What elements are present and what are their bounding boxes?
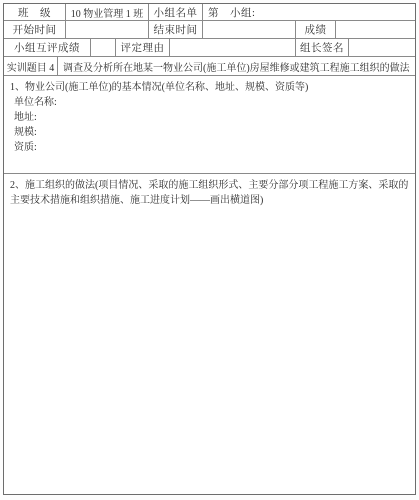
- group-list-label: 小组名单: [149, 4, 203, 20]
- peer-score-blank: [91, 39, 116, 56]
- reason-blank: [170, 39, 296, 56]
- topic-label: 实训题目 4: [4, 57, 58, 75]
- section-construction-practice-cell: 2、施工组织的做法(项目情况、采取的施工组织形式、主要分部分项工程施工方案、采取…: [4, 174, 415, 494]
- leader-sign-blank: [349, 39, 415, 56]
- peer-score-label: 小组互评成绩: [4, 39, 91, 56]
- table-row-evaluation: 小组互评成绩 评定理由 组长签名: [4, 39, 415, 57]
- start-time-blank: [66, 21, 149, 38]
- field-qualification: 资质:: [10, 140, 409, 155]
- training-form-table: 班 级 10 物业管理 1 班 小组名单 第 小组: 开始时间 结束时间 成绩 …: [3, 3, 416, 495]
- end-time-blank: [203, 21, 296, 38]
- section-company-info: 1、物业公司(施工单位)的基本情况(单位名称、地址、规模、资质等) 单位名称: …: [4, 76, 415, 174]
- group-number-value: 第 小组:: [203, 4, 415, 20]
- leader-sign-label: 组长签名: [296, 39, 349, 56]
- field-scale: 规模:: [10, 125, 409, 140]
- reason-label: 评定理由: [116, 39, 170, 56]
- section2-title: 2、施工组织的做法(项目情况、采取的施工组织形式、主要分部分项工程施工方案、采取…: [10, 178, 409, 208]
- topic-description: 调查及分析所在地某一物业公司(施工单位)房屋维修或建筑工程施工组织的做法: [58, 57, 415, 75]
- class-value: 10 物业管理 1 班: [66, 4, 149, 20]
- form-page: 班 级 10 物业管理 1 班 小组名单 第 小组: 开始时间 结束时间 成绩 …: [0, 0, 419, 500]
- score-blank: [336, 21, 415, 38]
- section-construction-practice: 2、施工组织的做法(项目情况、采取的施工组织形式、主要分部分项工程施工方案、采取…: [4, 174, 415, 494]
- table-row-time: 开始时间 结束时间 成绩: [4, 21, 415, 39]
- end-time-label: 结束时间: [149, 21, 203, 38]
- field-company-name: 单位名称:: [10, 95, 409, 110]
- field-address: 地址:: [10, 110, 409, 125]
- class-label: 班 级: [4, 4, 66, 20]
- section1-title: 1、物业公司(施工单位)的基本情况(单位名称、地址、规模、资质等): [10, 80, 409, 95]
- score-label: 成绩: [296, 21, 336, 38]
- table-row-class: 班 级 10 物业管理 1 班 小组名单 第 小组:: [4, 4, 415, 21]
- start-time-label: 开始时间: [4, 21, 66, 38]
- table-row-topic: 实训题目 4 调查及分析所在地某一物业公司(施工单位)房屋维修或建筑工程施工组织…: [4, 57, 415, 76]
- section-company-info-cell: 1、物业公司(施工单位)的基本情况(单位名称、地址、规模、资质等) 单位名称: …: [4, 76, 415, 173]
